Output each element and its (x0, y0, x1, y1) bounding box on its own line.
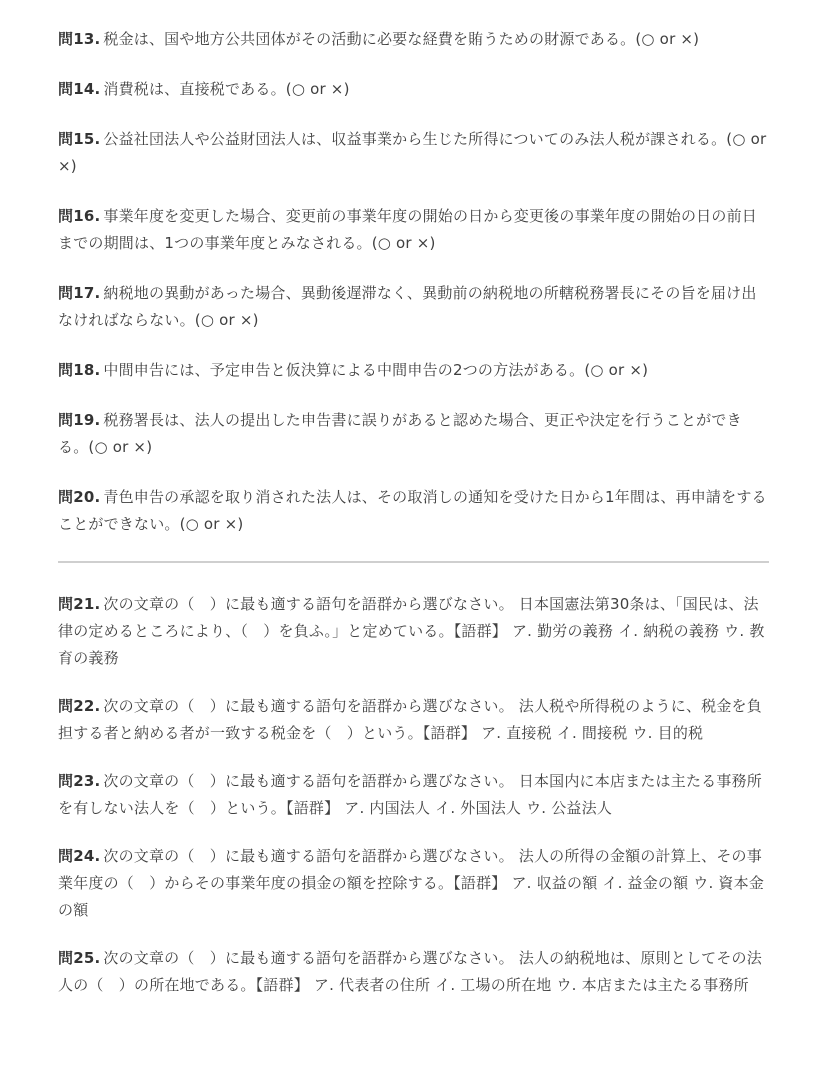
section-divider (58, 561, 769, 563)
true-false-section: 問13.税金は、国や地方公共団体がその活動に必要な経費を賄うための財源である。(… (58, 26, 769, 538)
question-25: 問25.次の文章の（ ）に最も適する語句を語群から選びなさい。 法人の納税地は、… (58, 945, 769, 999)
question-17: 問17.納税地の異動があった場合、異動後遅滞なく、異動前の納税地の所轄税務署長に… (58, 280, 769, 334)
question-23: 問23.次の文章の（ ）に最も適する語句を語群から選びなさい。 日本国内に本店ま… (58, 768, 769, 822)
question-18: 問18.中間申告には、予定申告と仮決算による中間申告の2つの方法がある。(○ o… (58, 357, 769, 384)
question-text: 消費税は、直接税である。(○ or ×) (103, 80, 349, 98)
question-14: 問14.消費税は、直接税である。(○ or ×) (58, 76, 769, 103)
question-text: 納税地の異動があった場合、異動後遅滞なく、異動前の納税地の所轄税務署長にその旨を… (58, 284, 757, 329)
question-label: 問17. (58, 284, 100, 302)
question-label: 問23. (58, 772, 100, 790)
question-text: 税金は、国や地方公共団体がその活動に必要な経費を賄うための財源である。(○ or… (103, 30, 699, 48)
question-text: 青色申告の承認を取り消された法人は、その取消しの通知を受けた日から1年間は、再申… (58, 488, 767, 533)
question-text: 次の文章の（ ）に最も適する語句を語群から選びなさい。 日本国内に本店または主た… (58, 772, 762, 817)
question-label: 問19. (58, 411, 100, 429)
question-15: 問15.公益社団法人や公益財団法人は、収益事業から生じた所得についてのみ法人税が… (58, 126, 769, 180)
question-label: 問13. (58, 30, 100, 48)
question-19: 問19.税務署長は、法人の提出した申告書に誤りがあると認めた場合、更正や決定を行… (58, 407, 769, 461)
question-16: 問16.事業年度を変更した場合、変更前の事業年度の開始の日から変更後の事業年度の… (58, 203, 769, 257)
question-label: 問16. (58, 207, 100, 225)
question-text: 税務署長は、法人の提出した申告書に誤りがあると認めた場合、更正や決定を行うことが… (58, 411, 742, 456)
question-label: 問20. (58, 488, 100, 506)
fill-in-blank-section: 問21.次の文章の（ ）に最も適する語句を語群から選びなさい。 日本国憲法第30… (58, 591, 769, 999)
question-24: 問24.次の文章の（ ）に最も適する語句を語群から選びなさい。 法人の所得の金額… (58, 843, 769, 924)
question-text: 次の文章の（ ）に最も適する語句を語群から選びなさい。 法人税や所得税のように、… (58, 697, 762, 742)
quiz-page: 問13.税金は、国や地方公共団体がその活動に必要な経費を賄うための財源である。(… (0, 0, 821, 999)
question-20: 問20.青色申告の承認を取り消された法人は、その取消しの通知を受けた日から1年間… (58, 484, 769, 538)
question-label: 問21. (58, 595, 100, 613)
question-text: 中間申告には、予定申告と仮決算による中間申告の2つの方法がある。(○ or ×) (103, 361, 648, 379)
question-label: 問22. (58, 697, 100, 715)
question-label: 問24. (58, 847, 100, 865)
question-label: 問18. (58, 361, 100, 379)
question-text: 次の文章の（ ）に最も適する語句を語群から選びなさい。 法人の所得の金額の計算上… (58, 847, 764, 919)
question-label: 問15. (58, 130, 100, 148)
question-text: 公益社団法人や公益財団法人は、収益事業から生じた所得についてのみ法人税が課される… (58, 130, 766, 175)
question-21: 問21.次の文章の（ ）に最も適する語句を語群から選びなさい。 日本国憲法第30… (58, 591, 769, 672)
question-text: 次の文章の（ ）に最も適する語句を語群から選びなさい。 日本国憲法第30条は、「… (58, 595, 765, 667)
question-label: 問14. (58, 80, 100, 98)
question-text: 事業年度を変更した場合、変更前の事業年度の開始の日から変更後の事業年度の開始の日… (58, 207, 757, 252)
question-text: 次の文章の（ ）に最も適する語句を語群から選びなさい。 法人の納税地は、原則とし… (58, 949, 762, 994)
question-label: 問25. (58, 949, 100, 967)
question-13: 問13.税金は、国や地方公共団体がその活動に必要な経費を賄うための財源である。(… (58, 26, 769, 53)
question-22: 問22.次の文章の（ ）に最も適する語句を語群から選びなさい。 法人税や所得税の… (58, 693, 769, 747)
